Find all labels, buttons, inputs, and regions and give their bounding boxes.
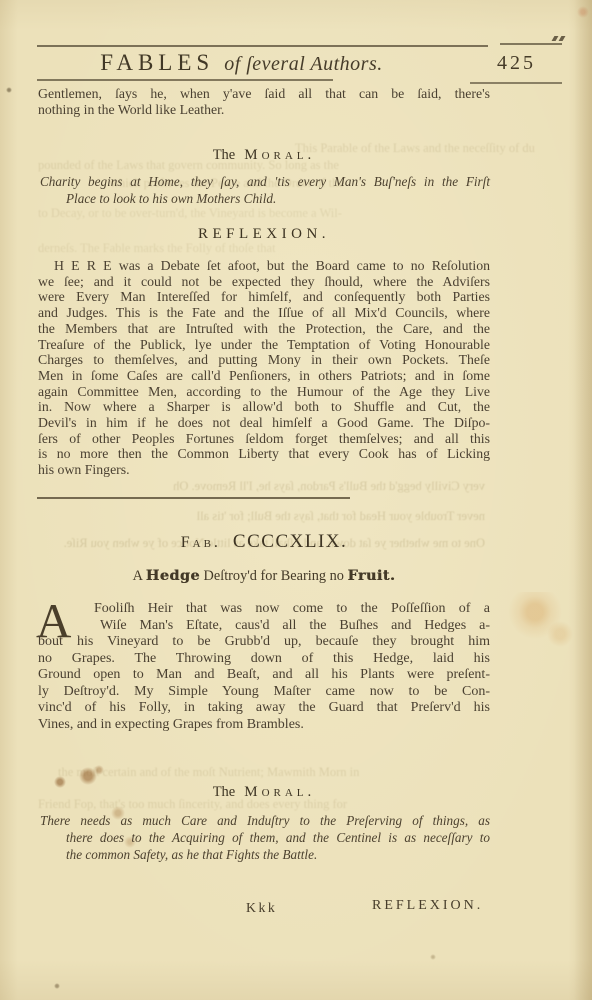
text-line: the Members that are Intruſted with the … xyxy=(38,321,490,337)
text-line: Ground open to Man and Beaſt, and all hi… xyxy=(38,667,490,684)
page-number: 425 xyxy=(497,52,536,75)
fable-numeral: CCCCXLIX. xyxy=(233,531,347,552)
header-bottom-rule-segment xyxy=(470,82,562,84)
page-edge-shadow xyxy=(574,0,592,1000)
fable-title-blackletter: Hedge xyxy=(146,568,200,584)
moral-heading: The Moral. xyxy=(38,146,490,164)
text-line: Charity begins at Home, they ſay, and 't… xyxy=(40,173,490,190)
fable-number-heading: Fab. CCCCXLIX. xyxy=(38,531,490,553)
text-line: Fooliſh Heir that was now come to the Po… xyxy=(38,601,490,618)
opening-paragraph: Gentlemen, ſays he, when y'ave ſaid all … xyxy=(38,86,490,117)
text-line: the common Safety, as he that Fights the… xyxy=(40,846,490,863)
fable-paragraph: Fooliſh Heir that was now come to the Po… xyxy=(38,601,490,733)
bleedthrough-text: to Decay, or to be over-turn'd, the Vine… xyxy=(38,206,490,220)
text-line: Charges to themſelves, and putting Mony … xyxy=(38,352,490,368)
top-rule xyxy=(37,45,488,47)
fable-title: A Hedge Deſtroy'd for Bearing no Fruit. xyxy=(38,568,490,585)
text-line: Vines, and in expecting Grapes from Bram… xyxy=(38,717,490,734)
text-line: again Committee Men, according to the Hu… xyxy=(38,384,490,400)
text-line: Wiſe Man's Eſtate, caus'd all the Buſhes… xyxy=(38,618,490,635)
moral-text: Charity begins at Home, they ſay, and 't… xyxy=(40,173,490,207)
text-line: Men in ſome Caſes are call'd Penſioners,… xyxy=(38,368,490,384)
text-line: were Every Man Intereſſed for himſelf, a… xyxy=(38,289,490,305)
text-line: his own Fingers. xyxy=(38,462,490,478)
text-line: in. Now where a Sharper is allow'd both … xyxy=(38,399,490,415)
section-divider-rule xyxy=(37,497,350,499)
rule-end-tick xyxy=(559,36,566,41)
text-line: and Judges. This is the Fate and the Iſſ… xyxy=(38,305,490,321)
bleedthrough-text: never Trouble your Head for that, ſays t… xyxy=(45,509,485,523)
rule-end-tick xyxy=(552,36,559,41)
text-line: ly Deſtroy'd. My Simple Young Maſter cam… xyxy=(38,684,490,701)
rust-stain xyxy=(505,592,585,662)
moral-heading-the: The xyxy=(213,784,236,800)
moral-heading-word: Moral. xyxy=(244,147,315,163)
moral-heading-the: The xyxy=(213,147,236,163)
moral-heading: The Moral. xyxy=(38,783,490,801)
text-line: ſers of other Peoples Fortunes ſeldom fo… xyxy=(38,431,490,447)
running-head: FABLES of ſeveral Authors. xyxy=(38,50,445,76)
fable-title-text: Deſtroy'd for Bearing no xyxy=(200,568,348,584)
text-line: Place to look to his own Mothers Child. xyxy=(40,190,490,207)
reflexion-paragraph: H E R E was a Debate ſet afoot, but the … xyxy=(38,258,490,478)
text-line: vinc'd of his Folly, in taking away the … xyxy=(38,700,490,717)
moral-heading-word: Moral. xyxy=(244,784,315,800)
fable-number-label: Fab. xyxy=(181,534,221,551)
running-title-italic: of ſeveral Authors. xyxy=(224,53,383,75)
text-line: H E R E was a Debate ſet afoot, but the … xyxy=(38,258,490,274)
text-line: There needs as much Care and Induſtry to… xyxy=(40,812,490,829)
text-line: there does to the Acquiring of them, and… xyxy=(40,829,490,846)
text-line: Gentlemen, ſays he, when y'ave ſaid all … xyxy=(38,86,490,102)
text-line: is no more then the Common Liberty that … xyxy=(38,446,490,462)
text-line: no Grapes. The Throwing down of this Hed… xyxy=(38,651,490,668)
bleedthrough-text: derneſs. The Fable marks the Folly of th… xyxy=(38,241,490,255)
moral-text: There needs as much Care and Induſtry to… xyxy=(40,812,490,863)
text-line: we ſee; and it could not be expected the… xyxy=(38,274,490,290)
running-title-caps: FABLES xyxy=(100,50,214,75)
text-line: nothing in the World like Leather. xyxy=(38,102,490,118)
top-rule-segment xyxy=(500,43,562,45)
text-line: Treaſure of the Publick, lye under the T… xyxy=(38,337,490,353)
text-line: Devil's in him if he does not deal himſe… xyxy=(38,415,490,431)
bleedthrough-text: very Civilly begg'd the Bull's Pardon, ſ… xyxy=(45,479,485,493)
catchword: REFLEXION. xyxy=(372,898,483,914)
reflexion-heading: REFLEXION. xyxy=(38,226,490,243)
text-line: bout his Vineyard to be Grubb'd up, beca… xyxy=(38,634,490,651)
header-bottom-rule xyxy=(37,79,333,81)
book-page-scan: This Parable of the Laws and the neceſſi… xyxy=(0,0,592,1000)
bleedthrough-text: the moſt certain and of the moſt Nutrien… xyxy=(58,765,488,779)
fable-title-blackletter: Fruit. xyxy=(347,568,395,584)
signature-mark: Kkk xyxy=(246,900,277,916)
fable-title-text: A xyxy=(133,568,146,584)
